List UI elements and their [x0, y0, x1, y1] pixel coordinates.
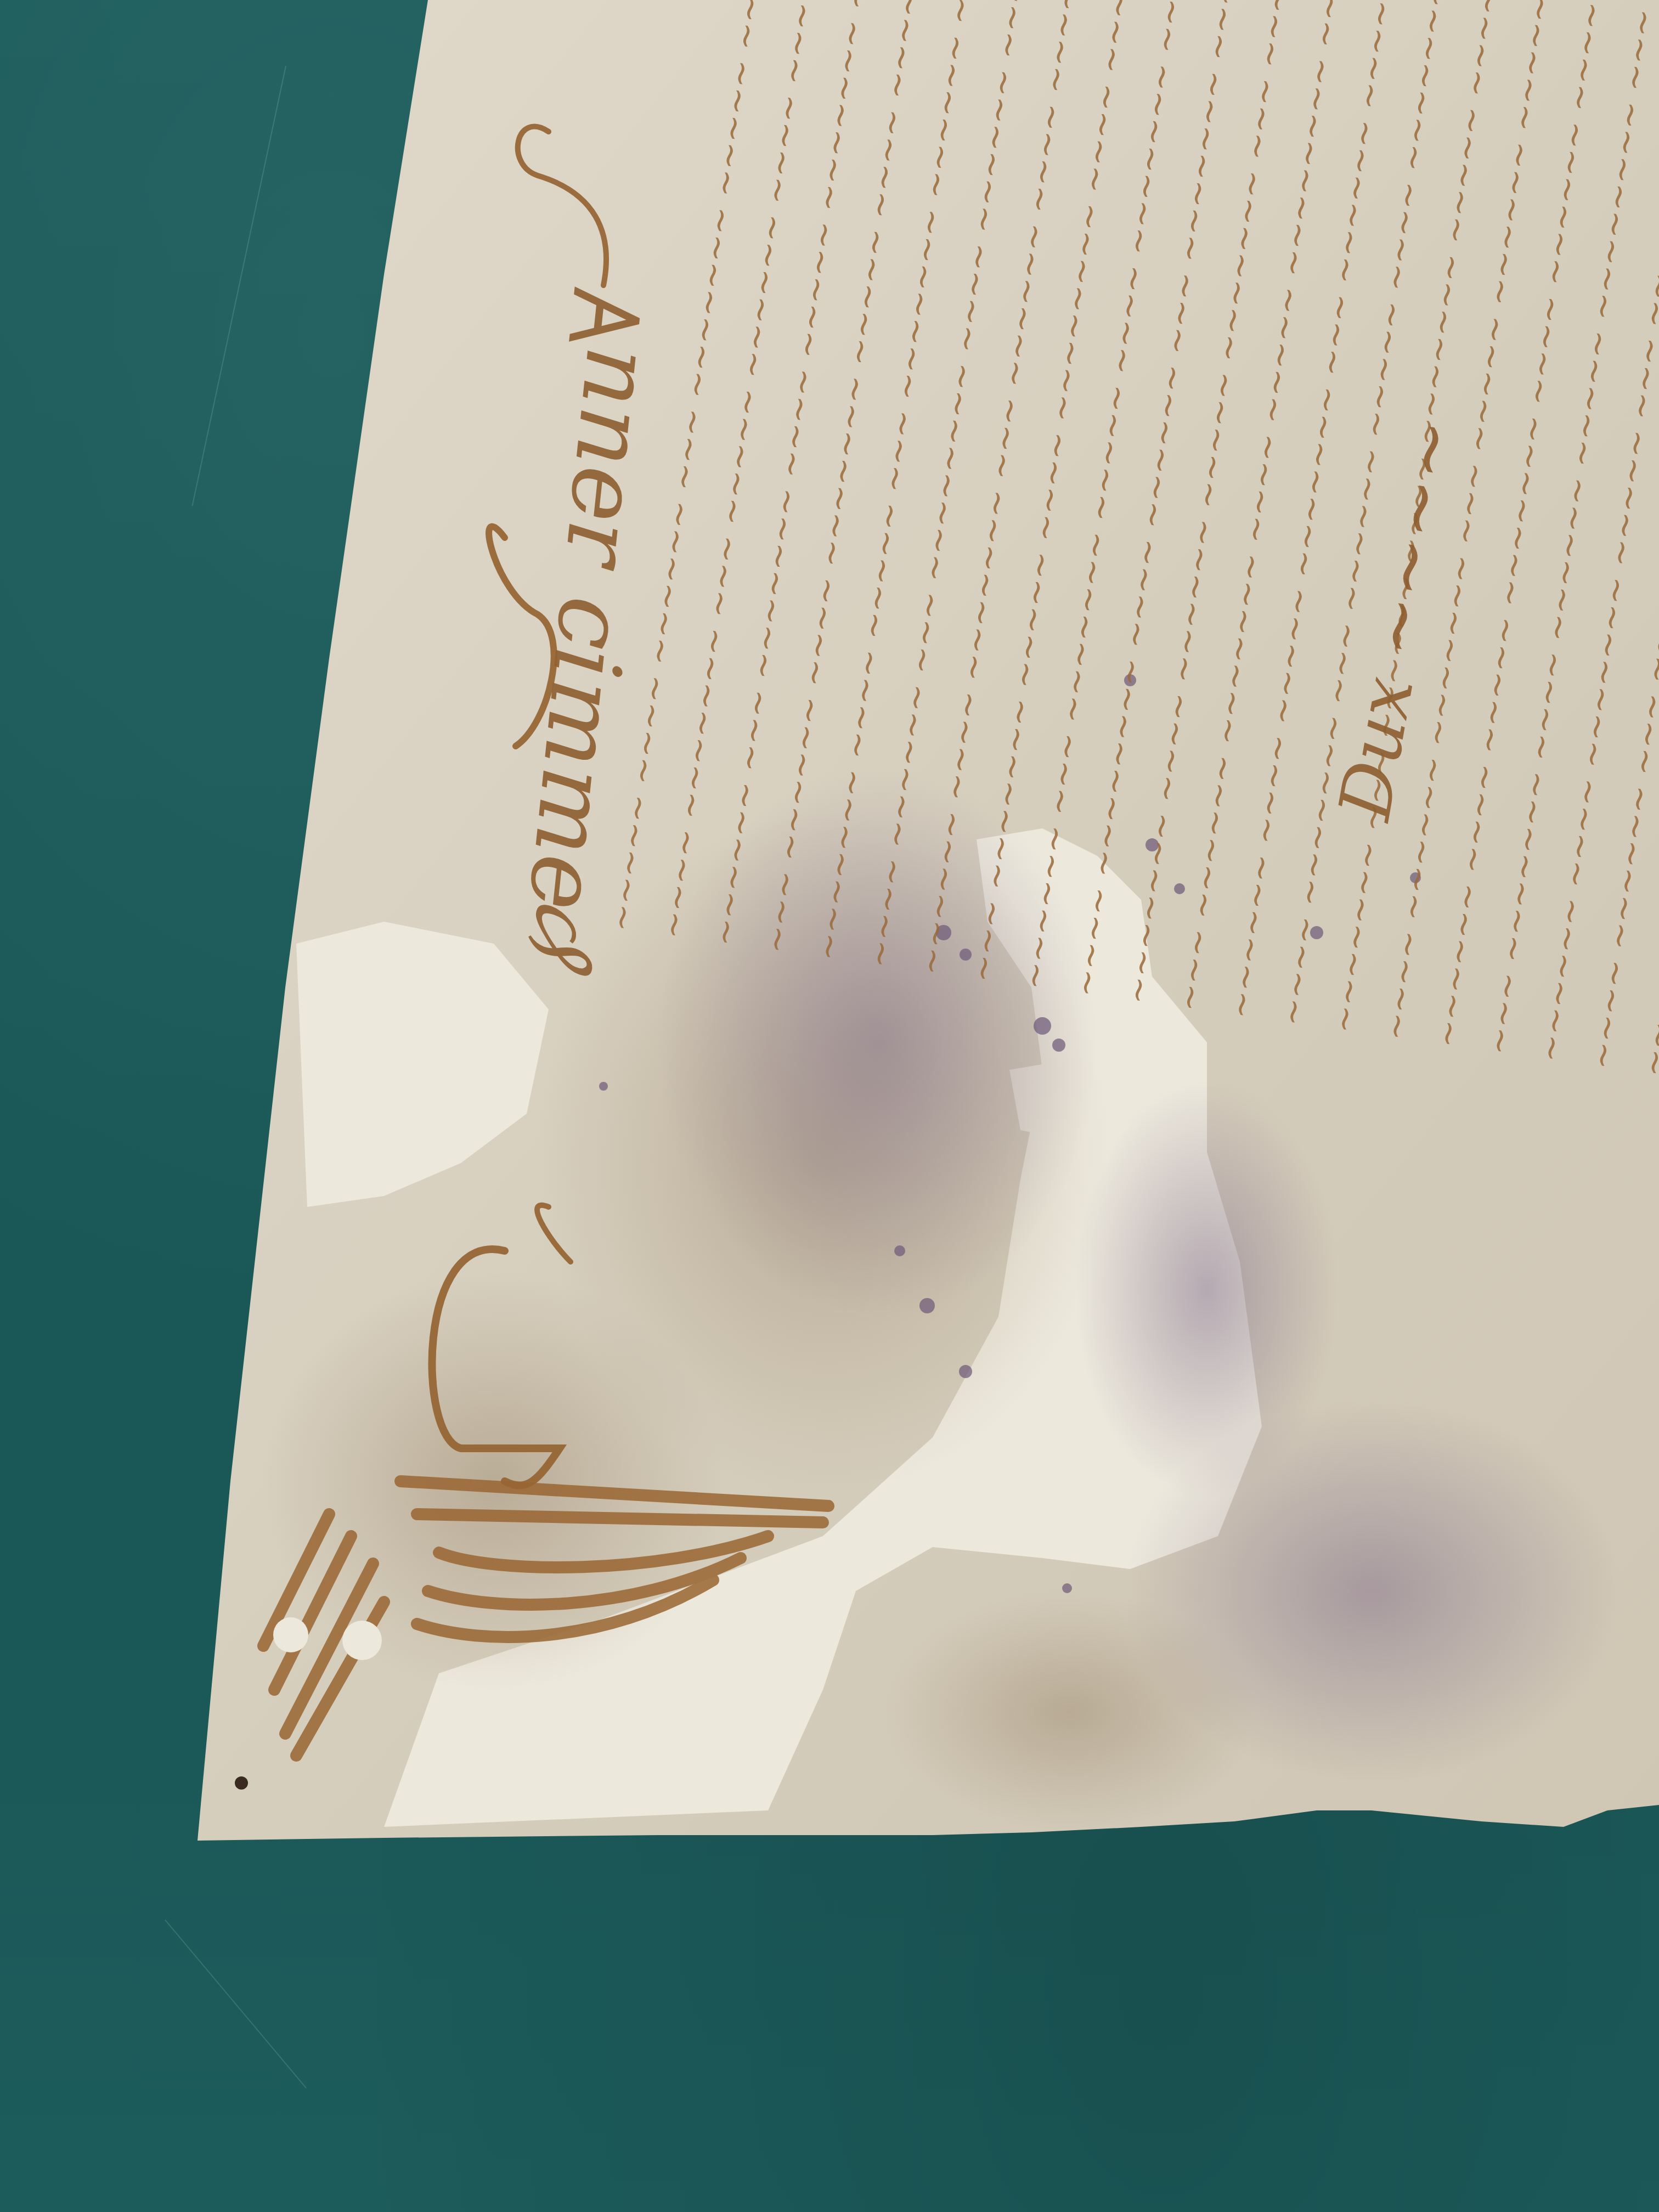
initial-flourish-top [518, 127, 606, 285]
calligraphic-ornaments [0, 0, 1659, 2212]
initial-flourish-left [489, 527, 554, 746]
wing-ornament [263, 1481, 828, 1756]
initial-loop [432, 1249, 560, 1485]
